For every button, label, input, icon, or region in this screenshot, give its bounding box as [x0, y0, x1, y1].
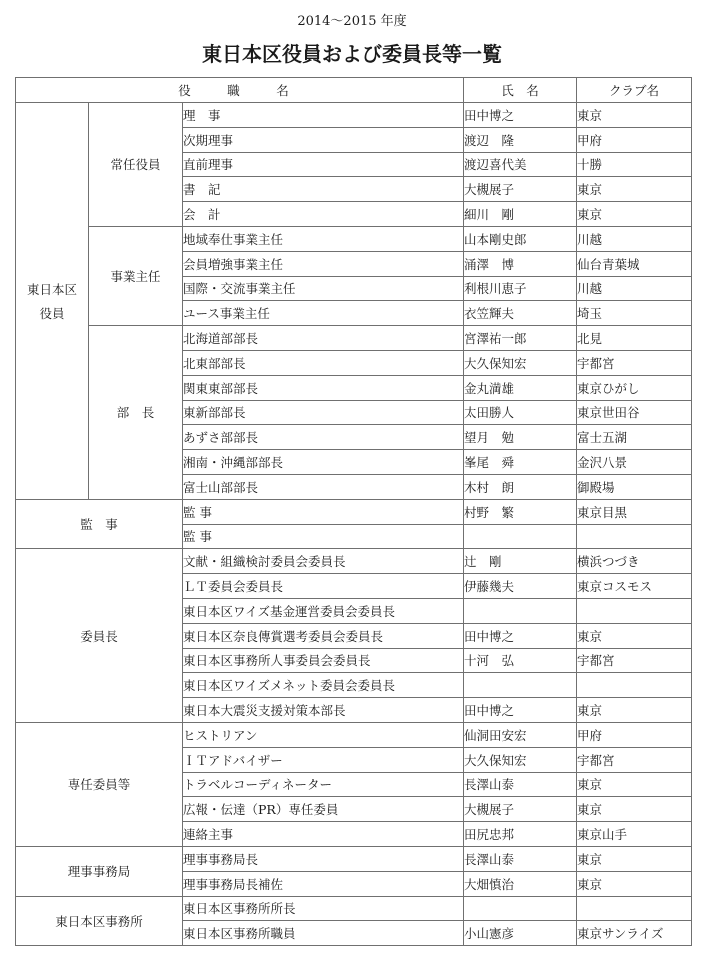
club-cell: 富士五湖	[577, 425, 692, 450]
club-cell	[577, 896, 692, 921]
club-cell: 東京	[577, 623, 692, 648]
position-cell: 東日本大震災支援対策本部長	[183, 698, 464, 723]
club-cell: 東京コスモス	[577, 574, 692, 599]
name-cell: 衣笠輝夫	[464, 301, 577, 326]
position-cell: トラベルコーディネーター	[183, 772, 464, 797]
header-club: クラブ名	[577, 78, 692, 103]
subgroup-label-program-directors: 事業主任	[89, 226, 183, 325]
club-cell: 東京	[577, 698, 692, 723]
name-cell: 小山憲彦	[464, 921, 577, 946]
club-cell: 金沢八景	[577, 450, 692, 475]
club-cell: 仙台青葉城	[577, 251, 692, 276]
club-cell: 埼玉	[577, 301, 692, 326]
position-cell: 直前理事	[183, 152, 464, 177]
position-cell: 文献・組織検討委員会委員長	[183, 549, 464, 574]
name-cell: 田中博之	[464, 698, 577, 723]
subgroup-label-regional-directors: 部 長	[89, 326, 183, 500]
club-cell: 北見	[577, 326, 692, 351]
club-cell: 宇都宮	[577, 350, 692, 375]
table-row: 理事事務局 理事事務局長 長澤山泰 東京	[16, 846, 692, 871]
club-cell	[577, 673, 692, 698]
position-cell: ＬＴ委員会委員長	[183, 574, 464, 599]
group-label-region-office: 東日本区事務所	[16, 896, 183, 946]
position-cell: 監 事	[183, 499, 464, 524]
table-row: 監 事 監 事 村野 繁 東京目黒	[16, 499, 692, 524]
name-cell: 伊藤幾夫	[464, 574, 577, 599]
name-cell: 渡辺 隆	[464, 127, 577, 152]
group-label-director-secretariat: 理事事務局	[16, 846, 183, 896]
name-cell: 利根川恵子	[464, 276, 577, 301]
position-cell: 東日本区事務所職員	[183, 921, 464, 946]
position-cell: 地域奉仕事業主任	[183, 226, 464, 251]
club-cell: 東京目黒	[577, 499, 692, 524]
fiscal-year-label: 2014～2015 年度	[0, 10, 704, 29]
table-row: 東日本区 役員 常任役員 理 事 田中博之 東京	[16, 103, 692, 128]
position-cell: 北東部部長	[183, 350, 464, 375]
name-cell: 望月 勉	[464, 425, 577, 450]
position-cell: 理事事務局長	[183, 846, 464, 871]
position-cell: 東新部部長	[183, 400, 464, 425]
position-cell: ヒストリアン	[183, 722, 464, 747]
name-cell: 田中博之	[464, 623, 577, 648]
name-cell	[464, 673, 577, 698]
club-cell: 横浜つづき	[577, 549, 692, 574]
club-cell: 甲府	[577, 127, 692, 152]
position-cell: 東日本区事務所人事委員会委員長	[183, 648, 464, 673]
position-cell: あずさ部部長	[183, 425, 464, 450]
header-position-label: 役 職 名	[178, 83, 301, 98]
header-name-label: 氏 名	[501, 83, 539, 98]
club-cell: 宇都宮	[577, 747, 692, 772]
name-cell: 大槻展子	[464, 797, 577, 822]
club-cell: 東京	[577, 871, 692, 896]
table-row: 専任委員等 ヒストリアン 仙洞田安宏 甲府	[16, 722, 692, 747]
name-cell: 辻 剛	[464, 549, 577, 574]
position-cell: 東日本区ワイズメネット委員会委員長	[183, 673, 464, 698]
club-cell: 東京世田谷	[577, 400, 692, 425]
club-cell	[577, 598, 692, 623]
header-position: 役 職 名	[16, 78, 464, 103]
club-cell: 東京	[577, 177, 692, 202]
position-cell: 東日本区事務所所長	[183, 896, 464, 921]
position-cell: 富士山部部長	[183, 474, 464, 499]
group-label-auditors: 監 事	[16, 499, 183, 549]
name-cell: 大畑慎治	[464, 871, 577, 896]
position-cell: 広報・伝達（PR）専任委員	[183, 797, 464, 822]
position-cell: 次期理事	[183, 127, 464, 152]
name-cell: 長澤山泰	[464, 846, 577, 871]
name-cell	[464, 524, 577, 549]
position-cell: 湘南・沖縄部部長	[183, 450, 464, 475]
name-cell: 村野 繁	[464, 499, 577, 524]
club-cell: 甲府	[577, 722, 692, 747]
name-cell: 金丸満雄	[464, 375, 577, 400]
table-row: 事業主任 地域奉仕事業主任 山本剛史郎 川越	[16, 226, 692, 251]
table-row: 部 長 北海道部部長 宮澤祐一郎 北見	[16, 326, 692, 351]
position-cell: 理事事務局長補佐	[183, 871, 464, 896]
name-cell	[464, 598, 577, 623]
club-cell: 東京	[577, 103, 692, 128]
table-row: 委員長 文献・組織検討委員会委員長 辻 剛 横浜つづき	[16, 549, 692, 574]
officer-roster-table: 役 職 名 氏 名 クラブ名 東日本区 役員 常任役員 理 事 田中博之 東京 …	[15, 77, 692, 946]
club-cell: 東京	[577, 202, 692, 227]
club-cell: 御殿場	[577, 474, 692, 499]
name-cell: 太田勝人	[464, 400, 577, 425]
name-cell: 細川 剛	[464, 202, 577, 227]
position-cell: 東日本区ワイズ基金運営委員会委員長	[183, 598, 464, 623]
name-cell: 宮澤祐一郎	[464, 326, 577, 351]
name-cell: 長澤山泰	[464, 772, 577, 797]
group-label-line1: 東日本区	[16, 280, 88, 298]
club-cell: 宇都宮	[577, 648, 692, 673]
position-cell: 国際・交流事業主任	[183, 276, 464, 301]
club-cell: 東京	[577, 797, 692, 822]
group-label-special-appointees: 専任委員等	[16, 722, 183, 846]
position-cell: 北海道部部長	[183, 326, 464, 351]
club-cell: 十勝	[577, 152, 692, 177]
club-cell: 川越	[577, 226, 692, 251]
name-cell: 渡辺喜代美	[464, 152, 577, 177]
club-cell: 川越	[577, 276, 692, 301]
header-name: 氏 名	[464, 78, 577, 103]
subgroup-label-standing-officers: 常任役員	[89, 103, 183, 227]
name-cell: 大槻展子	[464, 177, 577, 202]
group-label-committee-chairs: 委員長	[16, 549, 183, 723]
club-cell: 東京サンライズ	[577, 921, 692, 946]
table-header-row: 役 職 名 氏 名 クラブ名	[16, 78, 692, 103]
header-club-label: クラブ名	[609, 83, 659, 98]
name-cell: 十河 弘	[464, 648, 577, 673]
name-cell: 峯尾 舜	[464, 450, 577, 475]
name-cell	[464, 896, 577, 921]
club-cell: 東京	[577, 772, 692, 797]
name-cell: 大久保知宏	[464, 747, 577, 772]
position-cell: 東日本区奈良傳賞選考委員会委員長	[183, 623, 464, 648]
name-cell: 仙洞田安宏	[464, 722, 577, 747]
group-label-higashinihon-officers: 東日本区 役員	[16, 103, 89, 500]
name-cell: 木村 朗	[464, 474, 577, 499]
document-title: 東日本区役員および委員長等一覧	[0, 38, 704, 67]
club-cell: 東京ひがし	[577, 375, 692, 400]
group-label-line2: 役員	[16, 304, 88, 322]
name-cell: 大久保知宏	[464, 350, 577, 375]
name-cell: 涌澤 博	[464, 251, 577, 276]
position-cell: 理 事	[183, 103, 464, 128]
position-cell: 連絡主事	[183, 822, 464, 847]
club-cell: 東京	[577, 846, 692, 871]
club-cell: 東京山手	[577, 822, 692, 847]
name-cell: 田尻忠邦	[464, 822, 577, 847]
position-cell: ユース事業主任	[183, 301, 464, 326]
position-cell: 会 計	[183, 202, 464, 227]
position-cell: 書 記	[183, 177, 464, 202]
name-cell: 山本剛史郎	[464, 226, 577, 251]
position-cell: 関東東部部長	[183, 375, 464, 400]
position-cell: 会員増強事業主任	[183, 251, 464, 276]
club-cell	[577, 524, 692, 549]
position-cell: 監 事	[183, 524, 464, 549]
position-cell: ＩＴアドバイザー	[183, 747, 464, 772]
table-row: 東日本区事務所 東日本区事務所所長	[16, 896, 692, 921]
name-cell: 田中博之	[464, 103, 577, 128]
